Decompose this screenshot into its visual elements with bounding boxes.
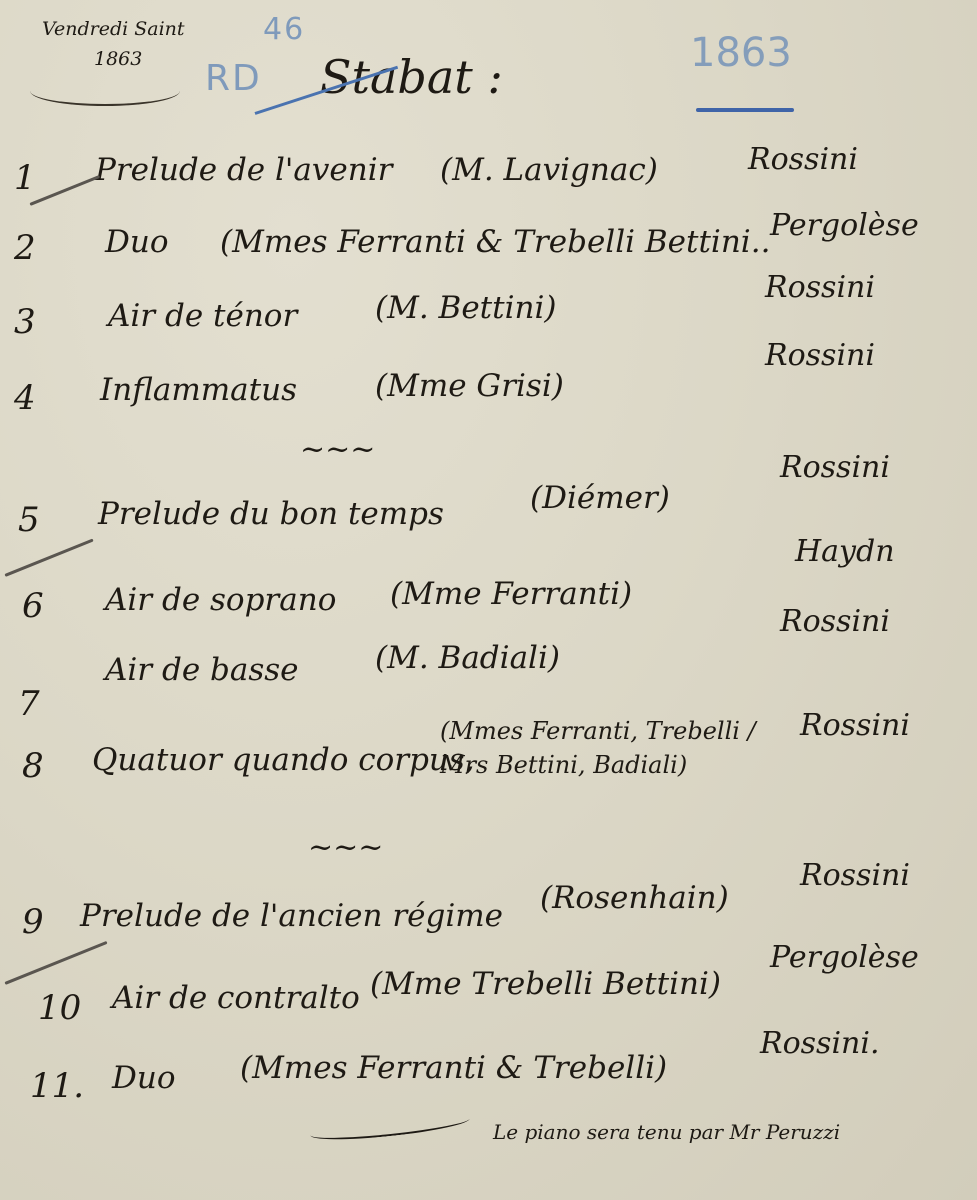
item-number: 11. — [30, 1066, 84, 1106]
date-flourish — [30, 76, 180, 106]
item-work: Air de contralto — [112, 980, 360, 1016]
item-work: Air de ténor — [108, 298, 297, 334]
item-performers: (Mmes Ferranti, Trebelli / Mrs Bettini, … — [440, 714, 790, 782]
item-number: 6 — [22, 586, 44, 626]
item-number: 4 — [14, 378, 36, 418]
item-work: Duo — [105, 224, 168, 260]
item-composer: Rossini — [780, 604, 890, 639]
item-work: Prelude de l'ancien régime — [80, 898, 503, 934]
item-performers: (Mmes Ferranti & Trebelli Bettini.. — [220, 224, 770, 260]
item-composer: Haydn — [795, 534, 895, 569]
item-number: 10 — [38, 988, 81, 1028]
pencil-check-mark — [4, 539, 93, 577]
footer-flourish — [309, 1110, 470, 1145]
catalog-code: RD — [205, 58, 262, 99]
pencil-check-mark — [29, 175, 100, 206]
item-performers: (M. Bettini) — [375, 290, 556, 326]
item-number: 1 — [14, 158, 36, 198]
item-performers: (Mme Ferranti) — [390, 576, 632, 612]
item-performers: (Mme Grisi) — [375, 368, 564, 404]
item-work: Prelude du bon temps — [98, 496, 444, 532]
manuscript-page: Vendredi Saint 1863 46 RD Stabat : 1863 … — [0, 0, 977, 1200]
item-number: 7 — [18, 684, 40, 724]
item-composer: Rossini. — [760, 1026, 880, 1061]
item-number: 2 — [14, 228, 36, 268]
footer-note: Le piano sera tenu par Mr Peruzzi — [493, 1120, 840, 1144]
catalog-mark: 46 RD — [205, 16, 262, 99]
item-composer: Pergolèse — [770, 940, 919, 975]
item-performers: (M. Badiali) — [375, 640, 560, 676]
item-composer: Rossini — [765, 270, 875, 305]
date-line-1: Vendredi Saint — [42, 18, 185, 40]
item-performers: (Diémer) — [530, 480, 670, 516]
item-work: Inflammatus — [100, 372, 297, 408]
item-performers: (M. Lavignac) — [440, 152, 658, 188]
item-work: Duo — [112, 1060, 175, 1096]
item-performers: (Mmes Ferranti & Trebelli) — [240, 1050, 667, 1086]
page-title: Stabat : — [320, 50, 503, 104]
item-number: 8 — [22, 746, 44, 786]
archive-year: 1863 — [690, 30, 792, 76]
header-date: Vendredi Saint 1863 — [42, 14, 185, 74]
archive-year-underline — [696, 108, 794, 112]
item-number: 3 — [14, 302, 36, 342]
item-composer: Rossini — [800, 708, 910, 743]
item-composer: Rossini — [748, 142, 858, 177]
item-performers: (Mme Trebelli Bettini) — [370, 966, 721, 1002]
item-work: Air de soprano — [105, 582, 336, 618]
item-composer: Pergolèse — [770, 208, 919, 243]
item-composer: Rossini — [765, 338, 875, 373]
item-performers: (Rosenhain) — [540, 880, 729, 916]
item-composer: Rossini — [780, 450, 890, 485]
pencil-check-mark — [4, 941, 107, 985]
item-work: Quatuor quando corpus, — [92, 742, 475, 778]
item-composer: Rossini — [800, 858, 910, 893]
item-number: 9 — [22, 902, 44, 942]
date-line-2: 1863 — [42, 44, 185, 74]
section-separator: ~~~ — [300, 432, 375, 467]
item-number: 5 — [18, 500, 40, 540]
item-work: Air de basse — [105, 652, 299, 688]
section-separator: ~~~ — [308, 830, 383, 865]
catalog-number: 46 — [263, 12, 305, 47]
item-work: Prelude de l'avenir — [95, 152, 392, 188]
